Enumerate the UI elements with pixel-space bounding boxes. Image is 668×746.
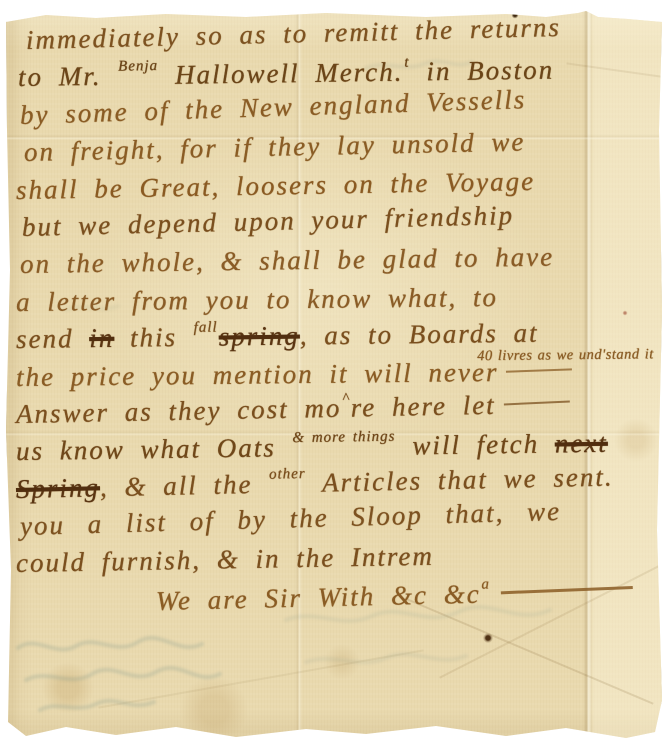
handwritten-line: We are Sir With &c &ca — [156, 572, 661, 621]
interlinear-insertion: other — [269, 457, 306, 492]
struck-out-word: spring — [219, 321, 300, 352]
handwriting-text: this — [114, 322, 193, 353]
handwriting-text: send — [16, 323, 90, 354]
interlinear-insertion: a — [481, 567, 490, 601]
interlinear-insertion: t — [404, 46, 410, 80]
handwriting-text: us know what Oats — [16, 432, 292, 466]
handwriting-text: Hallowell Merch. — [159, 57, 404, 90]
handwriting-text: to Mr. — [18, 61, 118, 92]
handwriting-text: on the whole, & shall be glad to have — [20, 242, 555, 279]
interlinear-insertion: ^ — [342, 382, 350, 416]
pen-flourish — [504, 400, 570, 405]
handwriting-text: will fetch — [396, 429, 555, 461]
interlinear-insertion: fall — [193, 311, 217, 345]
interlinear-insertion: & more things — [292, 420, 396, 455]
handwriting-text: We are Sir With &c &c — [156, 578, 481, 615]
handwriting-text: re here let — [350, 390, 496, 423]
struck-out-word: Spring — [16, 472, 101, 504]
struck-out-word: next — [555, 428, 608, 459]
handwriting-text: a letter from you to know what, to — [16, 282, 498, 317]
handwriting-text: Articles that we sent. — [307, 461, 614, 497]
handwriting-text: immediately so as to remitt the returns — [26, 12, 562, 55]
handwriting-text: on freight, for if they lay unsold we — [24, 127, 526, 167]
handwritten-line: on the whole, & shall be glad to have — [20, 238, 660, 284]
handwriting-text: could furnish, & in the Intrem — [16, 541, 434, 578]
letter-paper: immediately so as to remitt the returnst… — [6, 10, 662, 740]
pen-flourish — [501, 586, 633, 594]
paper-crease-diagonal — [98, 649, 423, 708]
interlinear-note: 40 livres as we und'stand it — [477, 337, 654, 373]
handwriting-text: the price you mention it will never — [16, 356, 499, 391]
scanned-letter-page: immediately so as to remitt the returnst… — [0, 0, 668, 746]
interlinear-insertion: Benja — [118, 49, 158, 84]
handwriting-text: , & all the — [100, 468, 269, 502]
letter-lines: immediately so as to remitt the returnst… — [16, 23, 660, 621]
struck-out-word: in — [89, 323, 114, 353]
